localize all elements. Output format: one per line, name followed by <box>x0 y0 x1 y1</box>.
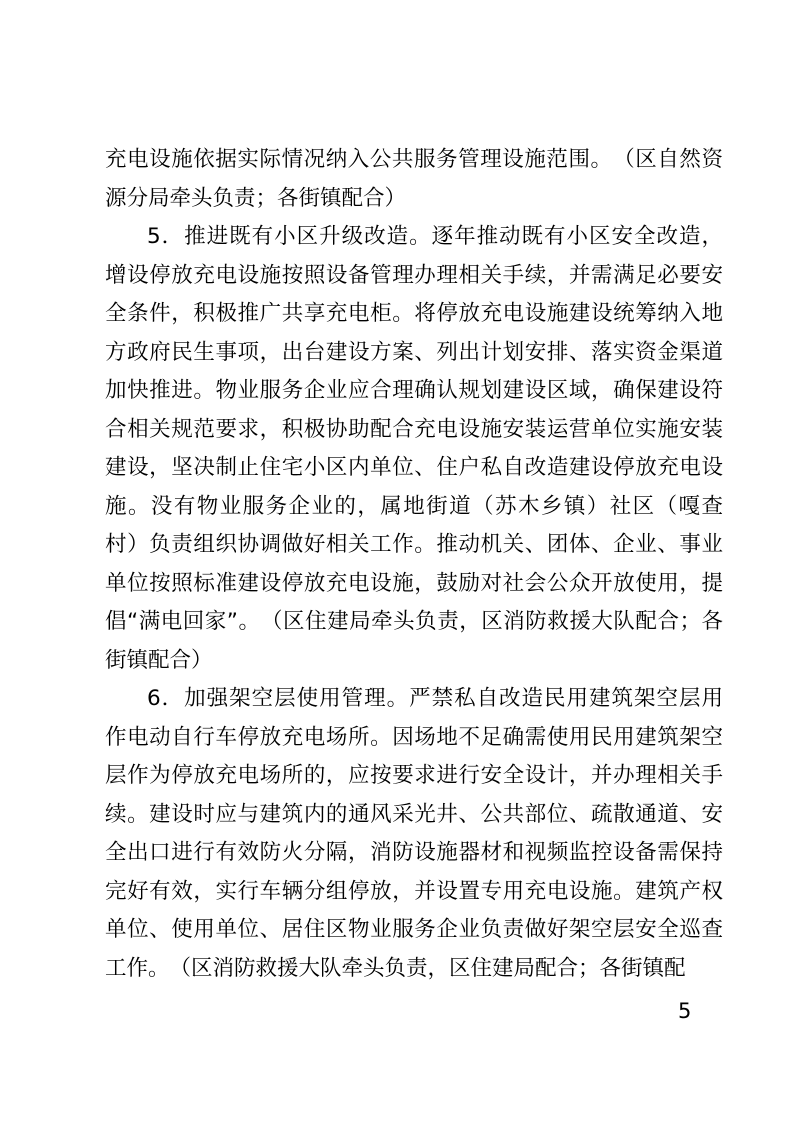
text-line-paragraph-6-start: 6．加强架空层使用管理。严禁私自改造民用建筑架空层用 <box>105 680 723 719</box>
text-line-paragraph-5-start: 5．推进既有小区升级改造。逐年推动既有小区安全改造， <box>105 218 723 257</box>
text-line: 续。建设时应与建筑内的通风采光井、公共部位、疏散通道、安 <box>105 796 723 835</box>
text-line: 层作为停放充电场所的，应按要求进行安全设计，并办理相关手 <box>105 757 723 796</box>
text-line: 源分局牵头负责；各街镇配合） <box>105 180 723 219</box>
document-page: 充电设施依据实际情况纳入公共服务管理设施范围。 （区自然资 源分局牵头负责；各街… <box>0 0 793 1122</box>
page-number: 5 <box>678 999 708 1023</box>
text-line: 全出口进行有效防火分隔，消防设施器材和视频监控设备需保持 <box>105 834 723 873</box>
text-line: 倡“满电回家”。 （区住建局牵头负责，区消防救援大队配合；各 <box>105 603 723 642</box>
text-line: 工作。 （区消防救援大队牵头负责，区住建局配合；各街镇配 <box>105 950 723 989</box>
text-line: 充电设施依据实际情况纳入公共服务管理设施范围。 （区自然资 <box>105 141 723 180</box>
document-body: 充电设施依据实际情况纳入公共服务管理设施范围。 （区自然资 源分局牵头负责；各街… <box>105 141 723 988</box>
text-line: 施。没有物业服务企业的，属地街道（苏木乡镇）社区（嘎查 <box>105 488 723 527</box>
text-line: 单位按照标准建设停放充电设施，鼓励对社会公众开放使用，提 <box>105 565 723 604</box>
text-line: 加快推进。物业服务企业应合理确认规划建设区域，确保建设符 <box>105 372 723 411</box>
text-line: 全条件，积极推广共享充电柜。将停放充电设施建设统筹纳入地 <box>105 295 723 334</box>
text-line: 村）负责组织协调做好相关工作。推动机关、团体、企业、事业 <box>105 526 723 565</box>
text-line: 作电动自行车停放充电场所。因场地不足确需使用民用建筑架空 <box>105 719 723 758</box>
text-line: 方政府民生事项，出台建设方案、列出计划安排、落实资金渠道 <box>105 334 723 373</box>
text-line: 街镇配合） <box>105 642 723 681</box>
text-line: 增设停放充电设施按照设备管理办理相关手续，并需满足必要安 <box>105 257 723 296</box>
text-line: 单位、使用单位、居住区物业服务企业负责做好架空层安全巡查 <box>105 911 723 950</box>
text-line: 完好有效，实行车辆分组停放，并设置专用充电设施。建筑产权 <box>105 873 723 912</box>
text-line: 合相关规范要求，积极协助配合充电设施安装运营单位实施安装 <box>105 411 723 450</box>
text-line: 建设，坚决制止住宅小区内单位、住户私自改造建设停放充电设 <box>105 449 723 488</box>
